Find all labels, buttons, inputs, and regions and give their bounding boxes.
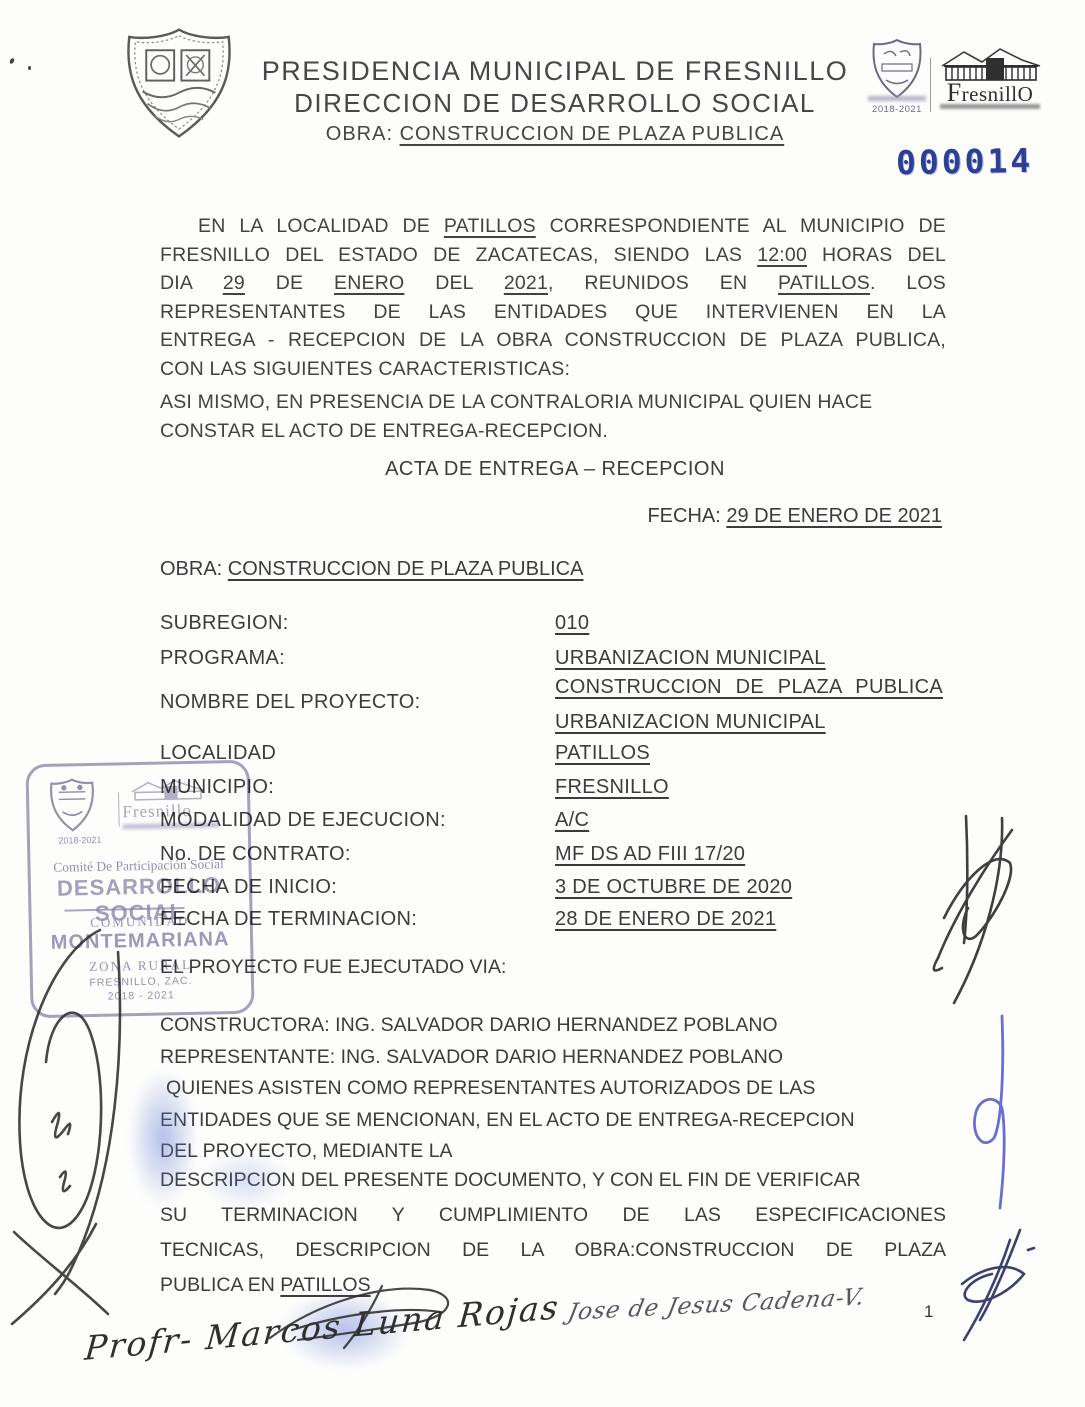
fresnillo-shield-icon [870,38,924,100]
header-title-line2: DIRECCION DE DESARROLLO SOCIAL [160,88,950,119]
stamp-shield-icon [48,777,97,834]
logo-divider [930,58,931,112]
asimismo-line2: CONSTAR EL ACTO DE ENTREGA-RECEPCION. [160,417,946,446]
signature-left-vertical [0,922,150,1332]
stamp-shield-years: 2018-2021 [45,834,115,845]
obra-label: OBRA: [160,558,228,580]
intro-line5: ENTREGA - RECEPCION DE LA OBRA CONSTRUCC… [160,326,946,355]
fresnillo-monument-icon [938,46,1044,82]
descripcion-line3: TECNICAS, DESCRIPCION DE LA OBRA:CONSTRU… [160,1233,946,1268]
stamp-fresnillo-wordmark: Fresnillo [122,801,192,822]
obra-value: CONSTRUCCION DE PLAZA PUBLICA [228,558,584,580]
fecha-label: FECHA: [647,505,726,527]
project-fields: SUBREGION:010 PROGRAMA:URBANIZACION MUNI… [160,612,950,942]
constructora-line: CONSTRUCTORA: ING. SALVADOR DARIO HERNAN… [160,1010,946,1042]
constructora-block: CONSTRUCTORA: ING. SALVADOR DARIO HERNAN… [160,1010,946,1168]
asimismo-paragraph: ASI MISMO, EN PRESENCIA DE LA CONTRALORI… [160,388,946,445]
signature-bottom-right [948,1222,1043,1347]
ink-speck [9,57,15,64]
header-obra-value: CONSTRUCCION DE PLAZA PUBLICA [400,123,785,145]
entidades-line: ENTIDADES QUE SE MENCIONAN, EN EL ACTO D… [160,1105,946,1137]
intro-line3: DIA 29 DE ENERO DEL 2021, REUNIDOS EN PA… [160,269,946,298]
ink-speck [28,66,31,70]
header-obra-label: OBRA: [326,123,400,145]
faint-blue-stamp-remnant [200,1150,290,1210]
representante-line: REPRESENTANTE: ING. SALVADOR DARIO HERNA… [160,1042,946,1074]
quienes-line: QUIENES ASISTEN COMO REPRESENTANTES AUTO… [160,1073,946,1105]
page-number: 1 [924,1302,933,1322]
asimismo-line1: ASI MISMO, EN PRESENCIA DE LA CONTRALORI… [160,388,946,417]
intro-line2: FRESNILLO DEL ESTADO DE ZACATECAS, SIEND… [160,241,946,270]
folio-number-stamp: 000014 [896,141,1034,182]
fecha-value: 29 DE ENERO DE 2021 [726,505,942,527]
stamp-monument-icon [124,778,212,802]
shield-years: 2018-2021 [866,104,928,115]
fresnillo-tagline-blur [940,104,1040,109]
fecha-line: FECHA: 29 DE ENERO DE 2021 [160,505,942,528]
shield-caption-blur [868,96,926,101]
obra-line: OBRA: CONSTRUCCION DE PLAZA PUBLICA [160,558,583,581]
signature-right-black [924,808,1039,1018]
intro-paragraph: EN LA LOCALIDAD DE PATILLOS CORRESPONDIE… [160,212,946,383]
intro-line4: REPRESENTANTES DE LAS ENTIDADES QUE INTE… [160,298,946,327]
header-title-line1: PRESIDENCIA MUNICIPAL DE FRESNILLO [160,56,950,87]
intro-line6: CON LAS SIGUIENTES CARACTERISTICAS: [160,355,946,384]
signature-blue-stroke [962,1012,1022,1212]
intro-line1: EN LA LOCALIDAD DE PATILLOS CORRESPONDIE… [160,212,946,241]
scanned-document-page: PRESIDENCIA MUNICIPAL DE FRESNILLO DIREC… [0,0,1085,1407]
header-obra-line: OBRA: CONSTRUCCION DE PLAZA PUBLICA [160,123,950,146]
acta-title: ACTA DE ENTREGA – RECEPCION [160,458,950,481]
